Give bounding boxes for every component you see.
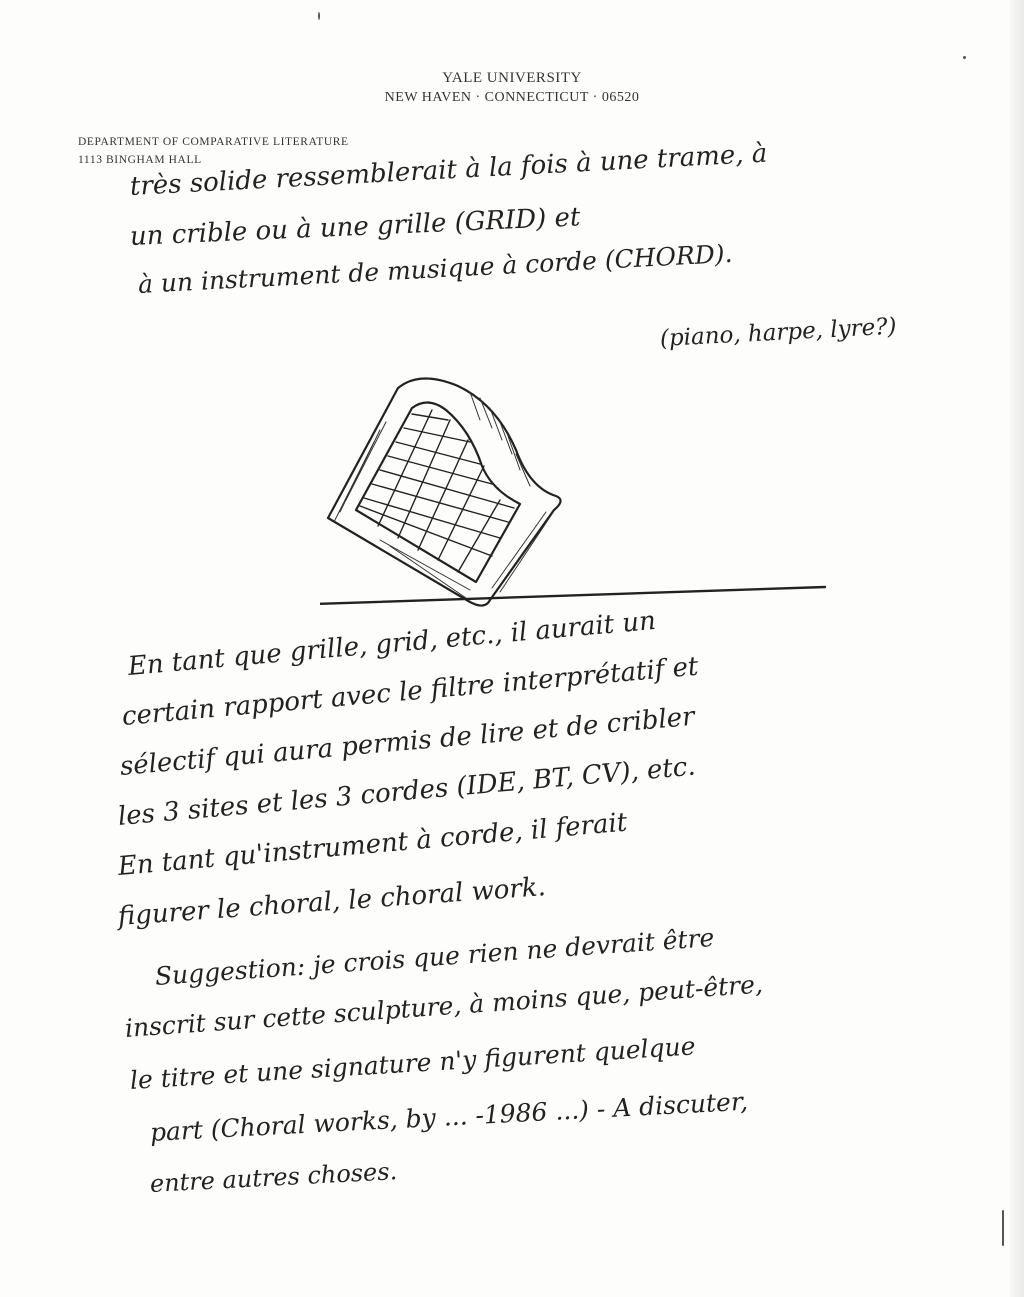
handwritten-line: figurer le choral, le choral work. xyxy=(117,872,547,932)
handwritten-line: un crible ou à une grille (GRID) et xyxy=(129,202,581,252)
handwritten-line: le titre et une signature n'y figurent q… xyxy=(129,1031,696,1095)
handwritten-line: part (Choral works, by ... -1986 ...) - … xyxy=(149,1087,748,1147)
handwritten-line: entre autres choses. xyxy=(149,1157,398,1198)
handwritten-line: à un instrument de musique à corde (CHOR… xyxy=(137,239,733,299)
institution-name: YALE UNIVERSITY xyxy=(0,68,1024,88)
letterhead: YALE UNIVERSITY NEW HAVEN · CONNECTICUT … xyxy=(0,68,1024,108)
stray-mark xyxy=(963,56,966,59)
institution-address: NEW HAVEN · CONNECTICUT · 06520 xyxy=(0,88,1024,108)
stray-mark xyxy=(1002,1210,1004,1246)
handwritten-line: (piano, harpe, lyre?) xyxy=(659,314,897,352)
department-name: DEPARTMENT OF COMPARATIVE LITERATURE xyxy=(78,133,349,151)
stray-mark xyxy=(318,12,320,20)
page-edge-shadow xyxy=(1010,0,1024,1297)
grid-harp-sketch xyxy=(320,370,840,620)
